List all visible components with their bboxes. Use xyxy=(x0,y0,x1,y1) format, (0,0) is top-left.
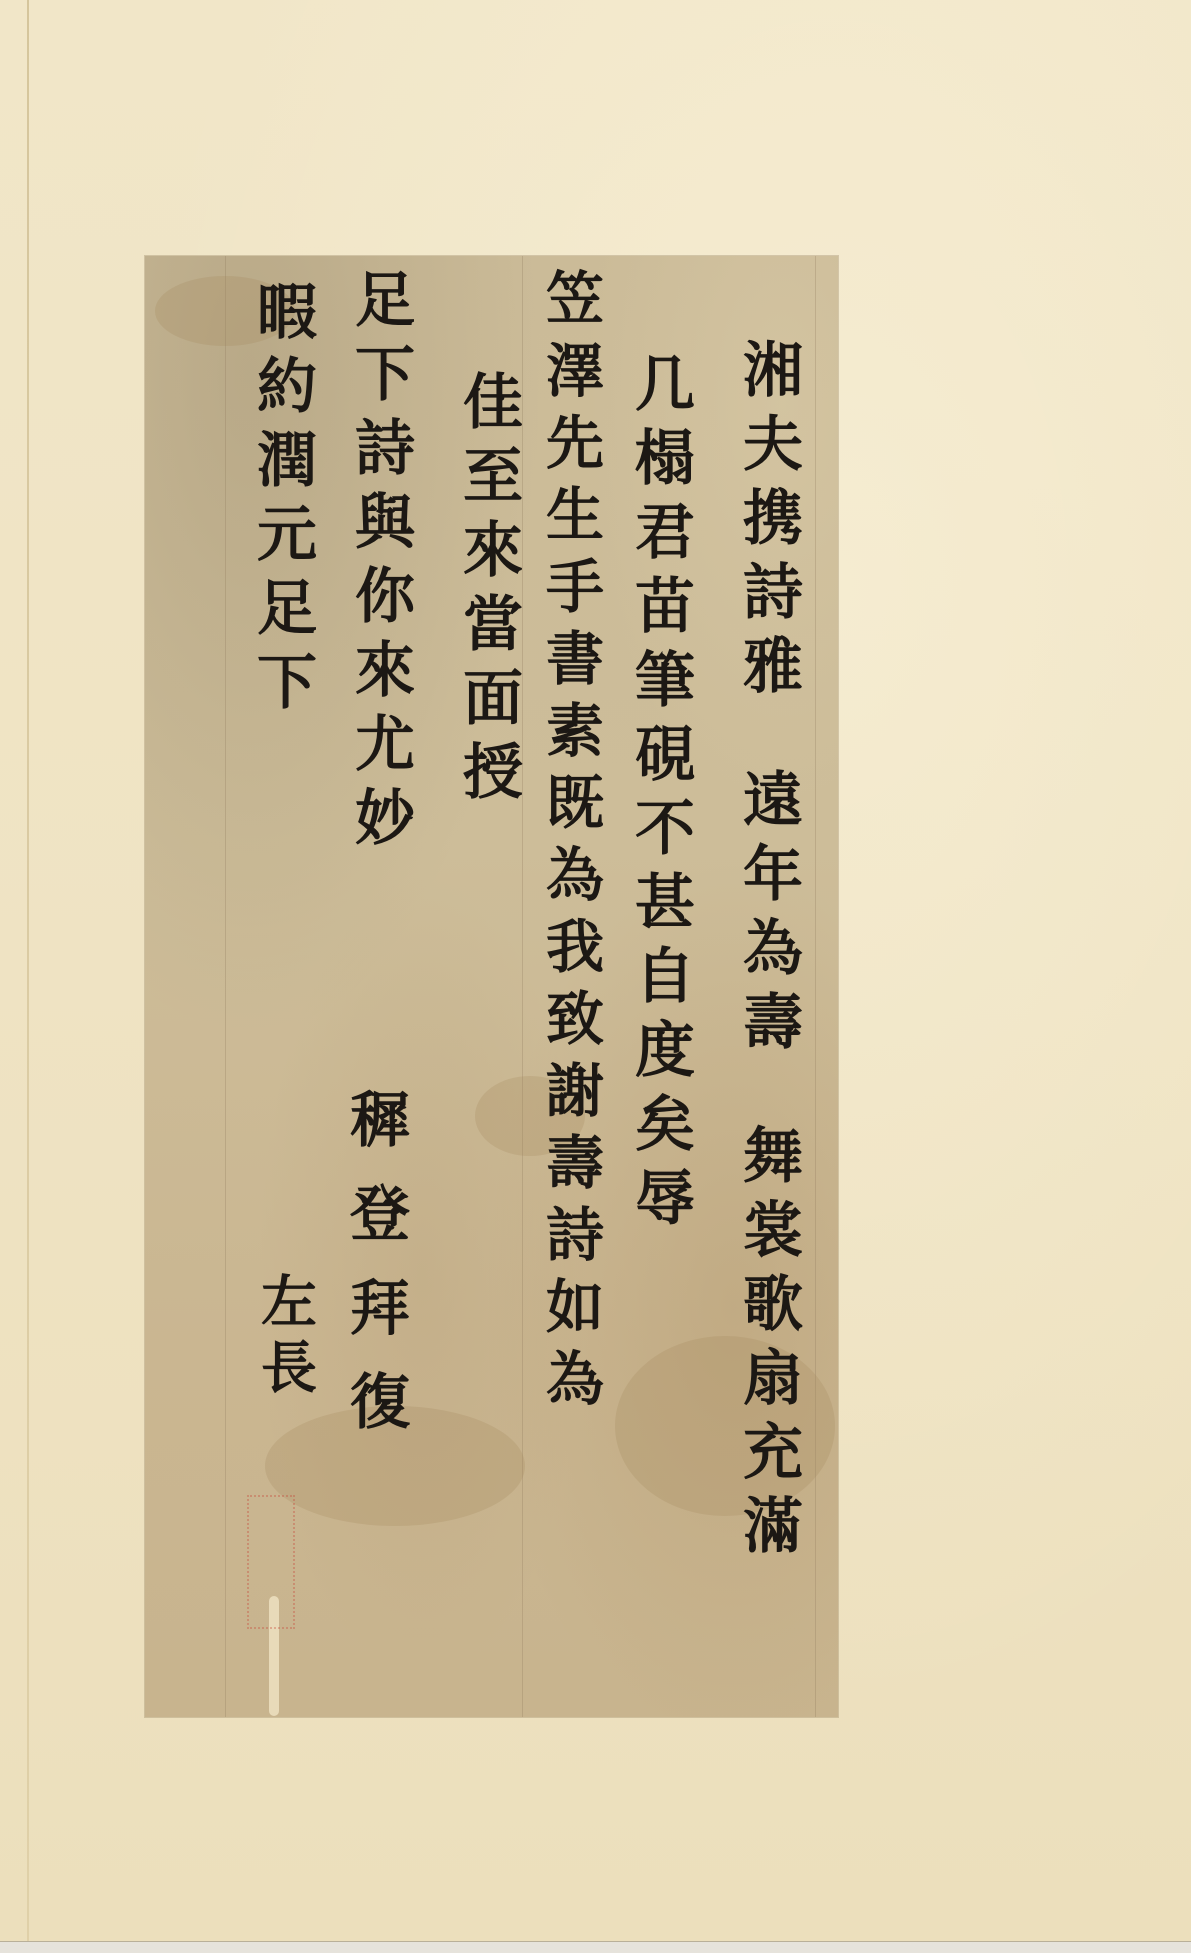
letter-column-1: 湘夫携詩雅遠年為壽舞裳歌扇充滿 xyxy=(738,338,798,1568)
letter-column-3: 笠澤先生手書素既為我致謝壽詩如為 xyxy=(541,268,599,1420)
letter-column-4: 佳至來當面授 xyxy=(458,370,518,814)
addressee-note-text: 左長 xyxy=(252,1272,318,1404)
signature-text: 穉登拜復 xyxy=(340,1088,410,1464)
letter-column-6: 暇約潤元足下 xyxy=(252,280,312,724)
column-text: 佳至來當面授 xyxy=(453,370,523,814)
column-text: 湘夫携詩雅 xyxy=(733,338,803,708)
panel-fold-line xyxy=(815,256,816,1717)
signature: 穉登拜復 xyxy=(345,1088,405,1464)
column-text: 舞裳歌扇充滿 xyxy=(733,1124,803,1568)
letter-column-5: 足下詩與你來尤妙 xyxy=(350,268,410,860)
addressee-note: 左長 xyxy=(257,1272,313,1404)
column-text: 遠年為壽 xyxy=(733,768,803,1064)
panel-fold-line xyxy=(225,256,226,1717)
column-text: 暇約潤元足下 xyxy=(247,280,317,724)
column-text: 几榻君苗筆硯不甚自度矣辱 xyxy=(625,352,695,1240)
album-leaf-mount: 湘夫携詩雅遠年為壽舞裳歌扇充滿 几榻君苗筆硯不甚自度矣辱 笠澤先生手書素既為我致… xyxy=(0,0,1191,1943)
column-text: 笠澤先生手書素既為我致謝壽詩如為 xyxy=(536,268,604,1420)
red-seal xyxy=(247,1495,295,1629)
letter-column-2: 几榻君苗筆硯不甚自度矣辱 xyxy=(630,352,690,1240)
mount-fold-line xyxy=(27,0,29,1941)
scan-bottom-edge xyxy=(0,1942,1191,1953)
column-text: 足下詩與你來尤妙 xyxy=(345,268,415,860)
